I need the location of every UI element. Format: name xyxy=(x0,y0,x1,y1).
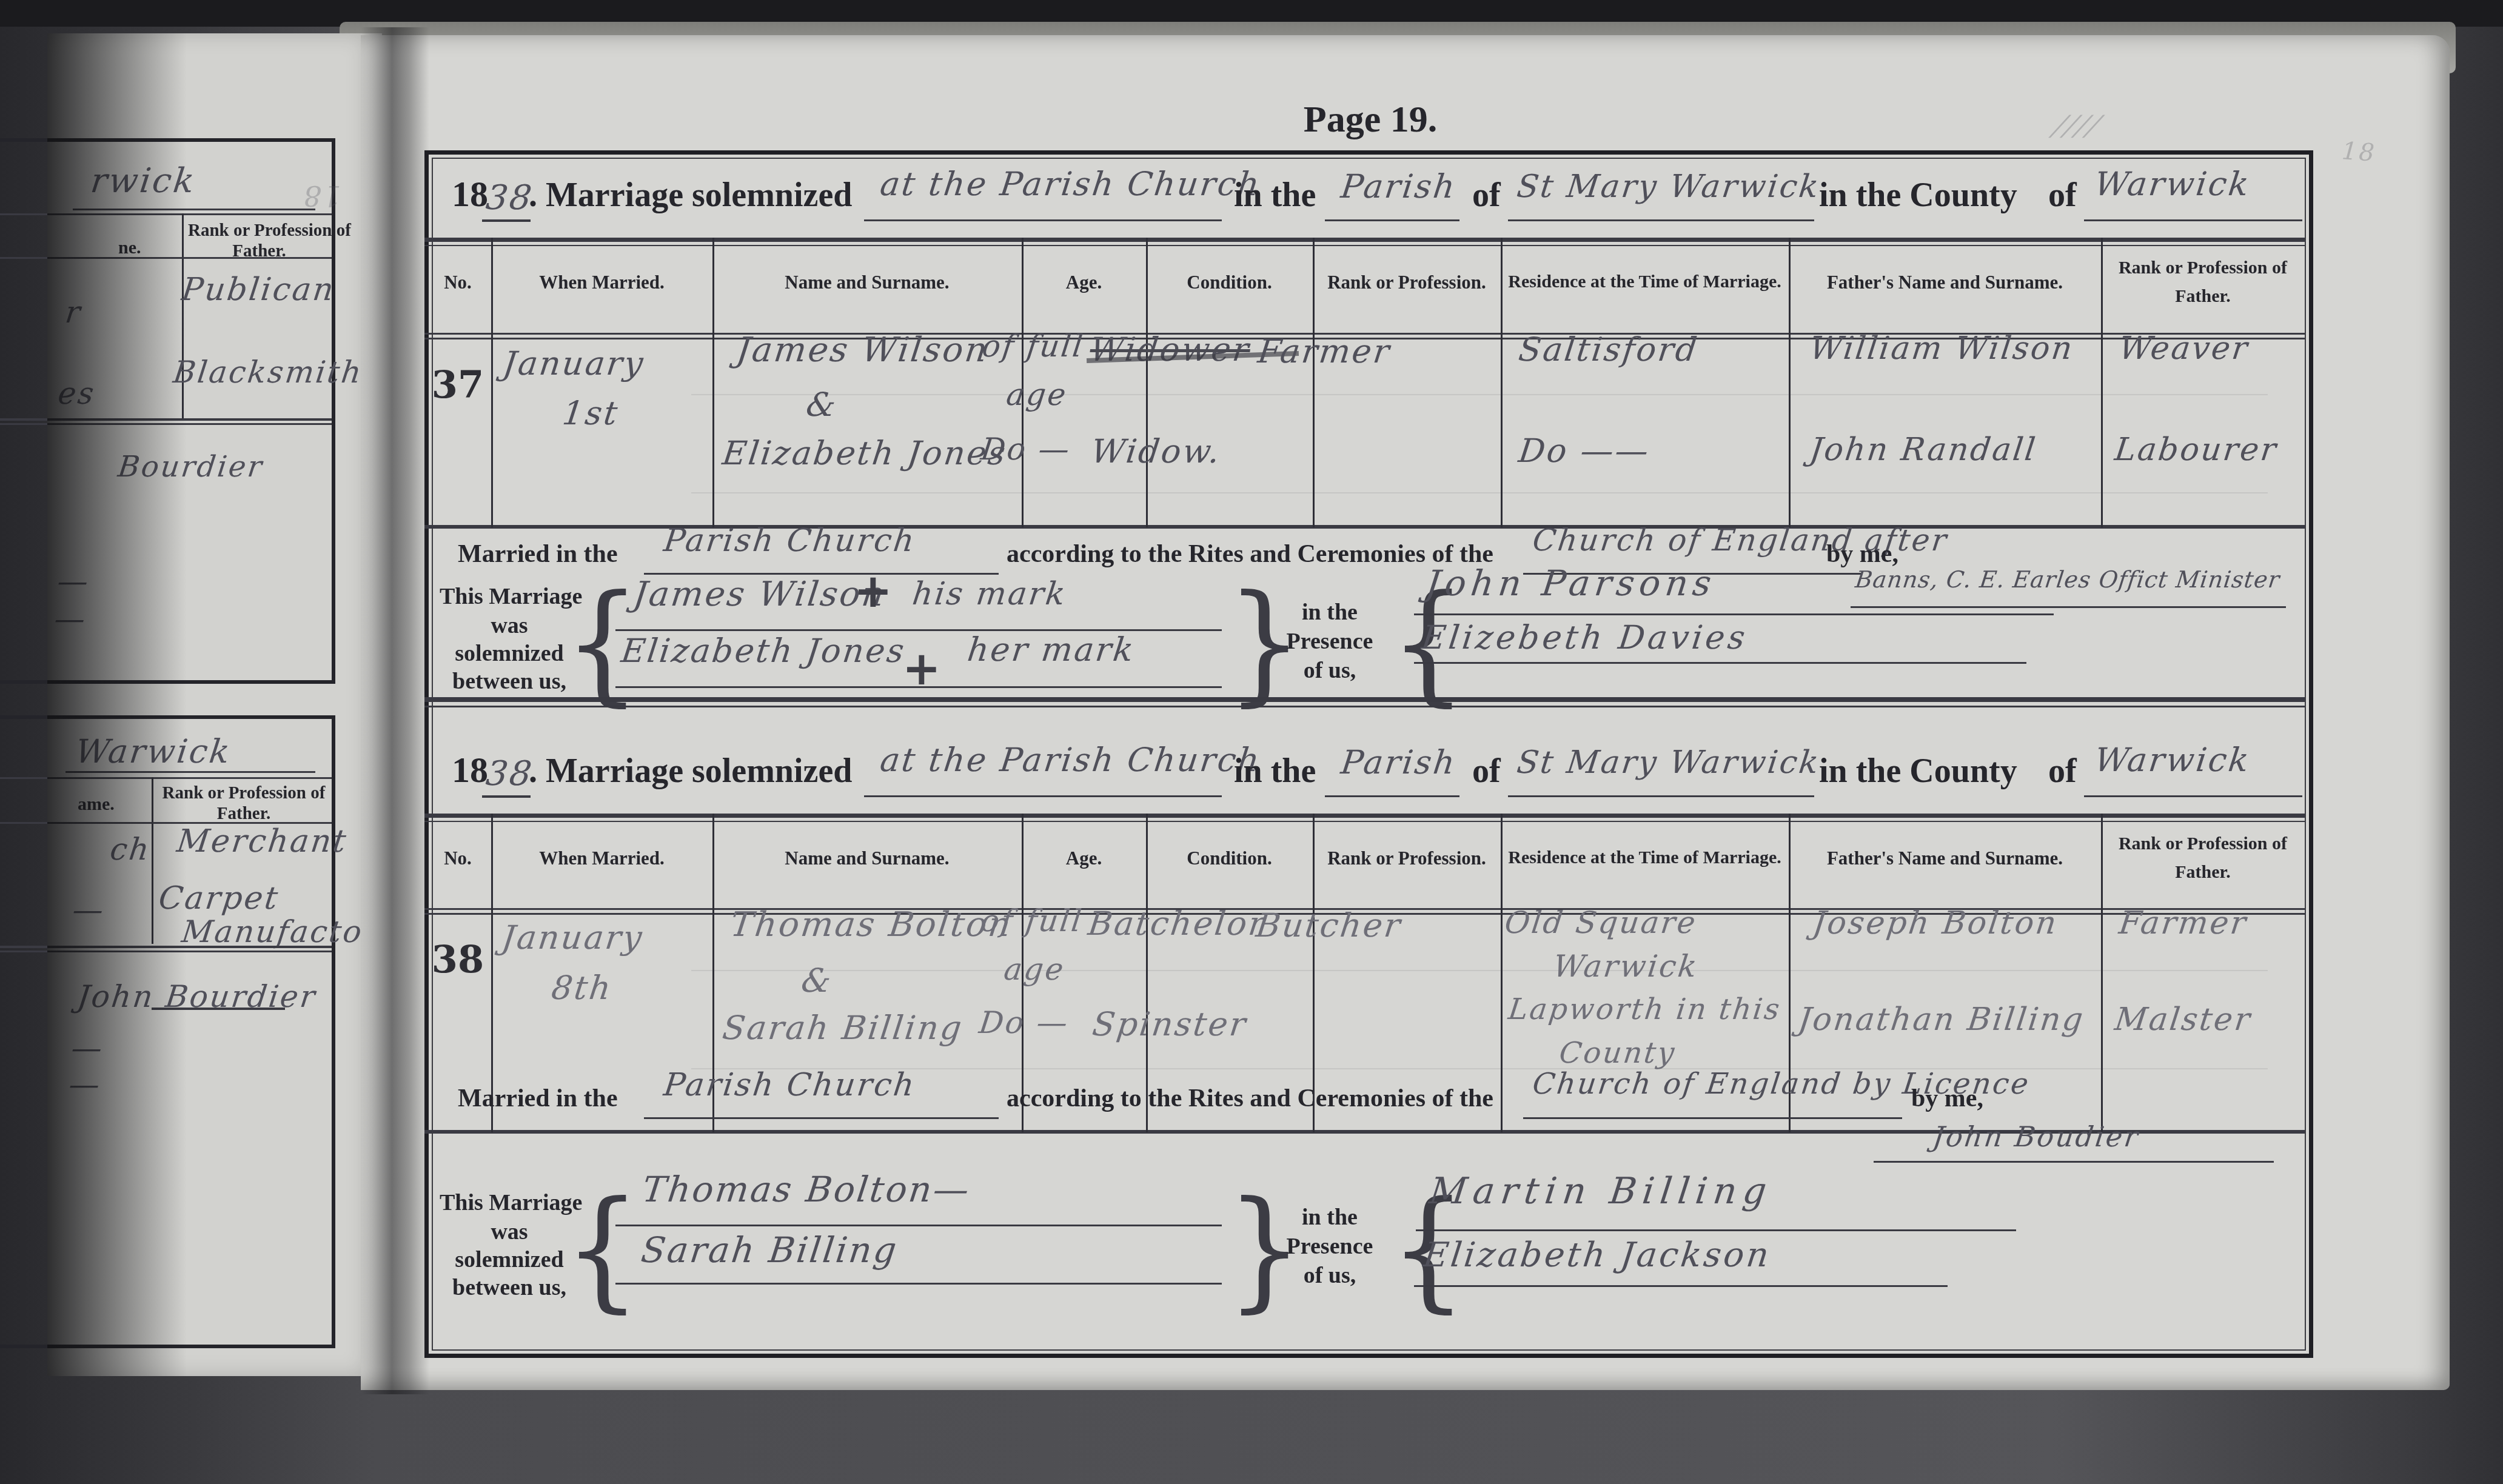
r1-witness-1: John Parsons xyxy=(1424,563,1718,604)
r2-rites-underline xyxy=(1523,1117,1902,1119)
r1-entry-groom: James Wilson xyxy=(734,330,991,370)
r1-vow-bride: Elizabeth Jones xyxy=(619,632,908,670)
r2-of: of xyxy=(1472,752,1501,790)
r1-entry-residence-groom: Saltisford xyxy=(1516,330,1701,369)
r2-col-condition: Condition. xyxy=(1146,847,1313,869)
r2-entry-age-bride: Do — xyxy=(977,1005,1071,1040)
r2-parish-underline xyxy=(1325,795,1459,797)
r1-entry-when-2: 1st xyxy=(560,394,622,432)
r2-vow-bride: Sarah Billing xyxy=(639,1229,900,1271)
r2-col-name: Name and Surname. xyxy=(712,847,1022,869)
r2-col-age: Age. xyxy=(1022,847,1146,869)
r1-year-script: 38 xyxy=(484,178,535,218)
r2-col-when: When Married. xyxy=(491,847,712,869)
r2-vow-groom-underline xyxy=(615,1225,1222,1226)
r2-in-the: in the xyxy=(1234,752,1316,790)
r2-entry-no: 38 xyxy=(424,937,491,981)
r1-county-underline xyxy=(2084,219,2302,221)
r2-entry-father-rank-bride: Malster xyxy=(2113,1001,2253,1038)
r2-was: was xyxy=(440,1218,579,1245)
r1-married-place: Parish Church xyxy=(662,523,917,559)
left-bottom-row-1: Merchant xyxy=(175,823,349,860)
r1-this-marriage: This Marriage xyxy=(440,583,579,610)
r2-of-us: of us, xyxy=(1266,1262,1393,1289)
r1-marriage-solemnized: . Marriage solemnized xyxy=(529,176,852,215)
r1-of: of xyxy=(1472,176,1501,215)
r2-married-in-the: Married in the xyxy=(458,1084,618,1113)
r2-entry-condition-groom: Batchelor xyxy=(1086,904,1268,943)
r1-parish-name-script: St Mary Warwick xyxy=(1515,169,1822,205)
r1-presence: Presence xyxy=(1266,628,1393,655)
r1-entry-rank: Farmer xyxy=(1256,332,1393,370)
r2-entry-father-bride: Jonathan Billing xyxy=(1796,1001,2086,1038)
r1-entry-ampersand: & xyxy=(804,386,840,424)
r1-col-father: Father's Name and Surname. xyxy=(1789,272,2101,293)
r1-entry-condition-bride: Widow. xyxy=(1089,432,1224,470)
r1-year-prefix: 18 xyxy=(452,173,488,215)
r2-entry-residence-groom-1: Old Square xyxy=(1503,905,1699,940)
r2-entry-residence-groom-2: Warwick xyxy=(1551,949,1700,984)
r2-parish-name-underline xyxy=(1508,795,1814,797)
left-top-col-father-rank-1: Rank or Profession of xyxy=(188,221,330,241)
r2-table-top-thin xyxy=(424,821,2305,822)
r2-by-me: by me, xyxy=(1911,1084,1983,1113)
r2-between-us: between us, xyxy=(440,1274,579,1301)
r1-place-script: at the Parish Church xyxy=(878,165,1263,203)
r2-vow-groom: Thomas Bolton— xyxy=(640,1169,973,1210)
r1-col-rank: Rank or Profession. xyxy=(1313,272,1501,293)
r1-county-script: Warwick xyxy=(2093,165,2253,203)
r2-vow-open-brace: { xyxy=(564,1174,641,1326)
r2-marriage-solemnized: . Marriage solemnized xyxy=(529,752,852,790)
r2-this-marriage: This Marriage xyxy=(440,1189,579,1216)
r1-witness-2-underline xyxy=(1414,662,2026,664)
r2-col-residence: Residence at the Time of Marriage. xyxy=(1501,847,1789,868)
r2-presence-in-the: in the xyxy=(1266,1204,1393,1231)
r2-entry-father-groom: Joseph Bolton xyxy=(1811,905,2060,941)
r2-year-script: 38 xyxy=(484,754,535,794)
r2-col-father-rank-1: Rank or Profession of xyxy=(2101,834,2305,854)
r2-entry-bride: Sarah Billing xyxy=(720,1009,965,1047)
r1-col-father-rank-2: Father. xyxy=(2101,286,2305,307)
r2-table-top-thick xyxy=(424,814,2305,818)
r2-married-place: Parish Church xyxy=(662,1067,917,1103)
r1-minister-underline xyxy=(1851,606,2286,608)
r1-entry-age-groom-1: of full xyxy=(980,329,1086,364)
bleed-line xyxy=(691,492,2268,493)
r2-entry-age-groom-2: age xyxy=(1002,952,1067,987)
r1-married-in-the: Married in the xyxy=(458,540,618,569)
r2-entry-residence-bride-1: Lapworth in this xyxy=(1507,992,1783,1026)
r2-witness-1-underline xyxy=(1416,1229,2016,1231)
r2-col-father-rank-2: Father. xyxy=(2101,862,2305,883)
r2-in-the-county: in the County xyxy=(1819,752,2017,790)
r1-minister-signature: Banns, C. E. Earles Offict Minister xyxy=(1854,566,2281,593)
r1-in-the: in the xyxy=(1234,176,1316,215)
r1-vow-bride-underline xyxy=(615,686,1222,688)
r1-witness-2: Elizebeth Davies xyxy=(1419,618,1750,657)
r1-parish-underline xyxy=(1325,219,1459,221)
r2-entry-ampersand: & xyxy=(799,961,835,1000)
r2-entry-groom: Thomas Bolton xyxy=(728,905,1014,944)
left-top-row-2: Blacksmith xyxy=(171,355,364,390)
r2-entry-father-rank-groom: Farmer xyxy=(2117,905,2250,941)
r1-table-top-thin xyxy=(424,245,2305,246)
left-bottom-row-3: Manufactor xyxy=(179,914,381,949)
r1-year-underline xyxy=(482,219,531,222)
r2-entry-when-2: 8th xyxy=(549,969,615,1007)
page-number: Page 19. xyxy=(1243,98,1498,141)
r1-entry-age-groom-2: age xyxy=(1004,377,1070,412)
r1-of-us: of us, xyxy=(1266,657,1393,684)
r1-entry-bride: Elizabeth Jones xyxy=(720,434,1009,472)
r1-entry-no: 37 xyxy=(424,363,491,407)
r1-of-2: of xyxy=(2048,176,2077,215)
r1-presence-in-the: in the xyxy=(1266,599,1393,626)
bleed-line xyxy=(691,970,2268,971)
r1-vow-bride-suffix: her mark xyxy=(965,630,1137,669)
r2-parish-script: Parish xyxy=(1339,743,1458,781)
r1-entry-father-rank-groom: Weaver xyxy=(2117,330,2251,367)
r2-county-underline xyxy=(2084,795,2302,797)
r2-entry-residence-bride-2: County xyxy=(1558,1036,1678,1070)
r2-of-2: of xyxy=(2048,752,2077,790)
register-scan: rwick 18 ne. Rank or Profession of Fathe… xyxy=(0,0,2503,1484)
r2-according: according to the Rites and Ceremonies of… xyxy=(1007,1084,1493,1113)
r1-col-no: No. xyxy=(424,272,491,293)
r1-col-residence: Residence at the Time of Marriage. xyxy=(1501,272,1789,292)
r1-entry-residence-bride: Do —— xyxy=(1516,432,1652,470)
r2-witness-2-underline xyxy=(1414,1285,1948,1287)
r1-col-condition: Condition. xyxy=(1146,272,1313,293)
r2-grid-line xyxy=(2101,814,2103,1132)
record-divider-thick xyxy=(424,697,2305,702)
r2-col-rank: Rank or Profession. xyxy=(1313,847,1501,869)
r1-vow-groom: James Wilson xyxy=(631,575,888,614)
left-top-row-1: Publican xyxy=(179,272,329,308)
r2-place-underline xyxy=(864,795,1222,797)
r1-witness-1-underline xyxy=(1414,613,2054,615)
r1-solemnized: solemnized xyxy=(440,640,579,667)
spine-shadow xyxy=(47,33,187,1376)
r1-parish-name-underline xyxy=(1508,219,1814,221)
r1-col-when: When Married. xyxy=(491,272,712,293)
r1-vow-groom-suffix: his mark xyxy=(910,576,1068,612)
r2-married-place-underline xyxy=(644,1117,999,1119)
r2-col-no: No. xyxy=(424,847,491,869)
r1-in-the-county: in the County xyxy=(1819,176,2017,215)
bleed-line xyxy=(691,394,2268,395)
r2-entry-rank: Butcher xyxy=(1254,906,1404,944)
r2-witness-2: Elizabeth Jackson xyxy=(1421,1235,1774,1275)
ghost-number-right: 18 xyxy=(2340,137,2377,167)
r1-entry-condition-groom: Widower xyxy=(1088,330,1253,369)
r2-solemnized: solemnized xyxy=(440,1246,579,1273)
r2-entry-age-groom-1: of full xyxy=(979,903,1085,938)
ghost-number-left: 18 xyxy=(302,179,341,212)
r2-entry-when-1: January xyxy=(500,918,646,957)
r1-entry-age-bride: Do — xyxy=(979,432,1073,467)
r2-place-script: at the Parish Church xyxy=(878,741,1263,779)
r1-table-top-thick xyxy=(424,238,2305,242)
r1-parish-script: Parish xyxy=(1339,167,1458,206)
r1-col-age: Age. xyxy=(1022,272,1146,293)
r1-entry-father-rank-bride: Labourer xyxy=(2113,432,2279,468)
r1-between-us: between us, xyxy=(440,668,579,695)
r2-county-script: Warwick xyxy=(2093,741,2253,779)
r1-according: according to the Rites and Ceremonies of… xyxy=(1007,540,1493,569)
r2-minister-underline xyxy=(1874,1161,2274,1163)
r1-entry-father-bride: John Randall xyxy=(1808,432,2039,468)
record-divider-thin xyxy=(424,706,2305,707)
r1-was: was xyxy=(440,612,579,639)
gutter-shadow xyxy=(361,27,429,1394)
r2-minister-signature: John Boudier xyxy=(1931,1120,2142,1153)
r1-place-underline xyxy=(864,219,1222,221)
r2-parish-name-script: St Mary Warwick xyxy=(1515,744,1822,781)
r1-groom-mark-cross: + xyxy=(854,564,893,618)
r1-col-name: Name and Surname. xyxy=(712,272,1022,293)
r2-year-underline xyxy=(482,795,531,798)
r1-by-me: by me, xyxy=(1826,540,1898,569)
r2-col-father: Father's Name and Surname. xyxy=(1789,847,2101,869)
r2-entry-condition-bride: Spinster xyxy=(1090,1005,1250,1043)
r1-col-father-rank-1: Rank or Profession of xyxy=(2101,258,2305,278)
r2-vow-bride-underline xyxy=(615,1283,1222,1285)
r2-witness-1: Martin Billing xyxy=(1427,1170,1775,1212)
r1-grid-line xyxy=(2101,238,2103,527)
r1-entry-father-groom: William Wilson xyxy=(1808,330,2076,367)
r1-entry-when-1: January xyxy=(501,344,647,383)
r2-presence: Presence xyxy=(1266,1233,1393,1260)
r2-year-prefix: 18 xyxy=(452,749,488,791)
